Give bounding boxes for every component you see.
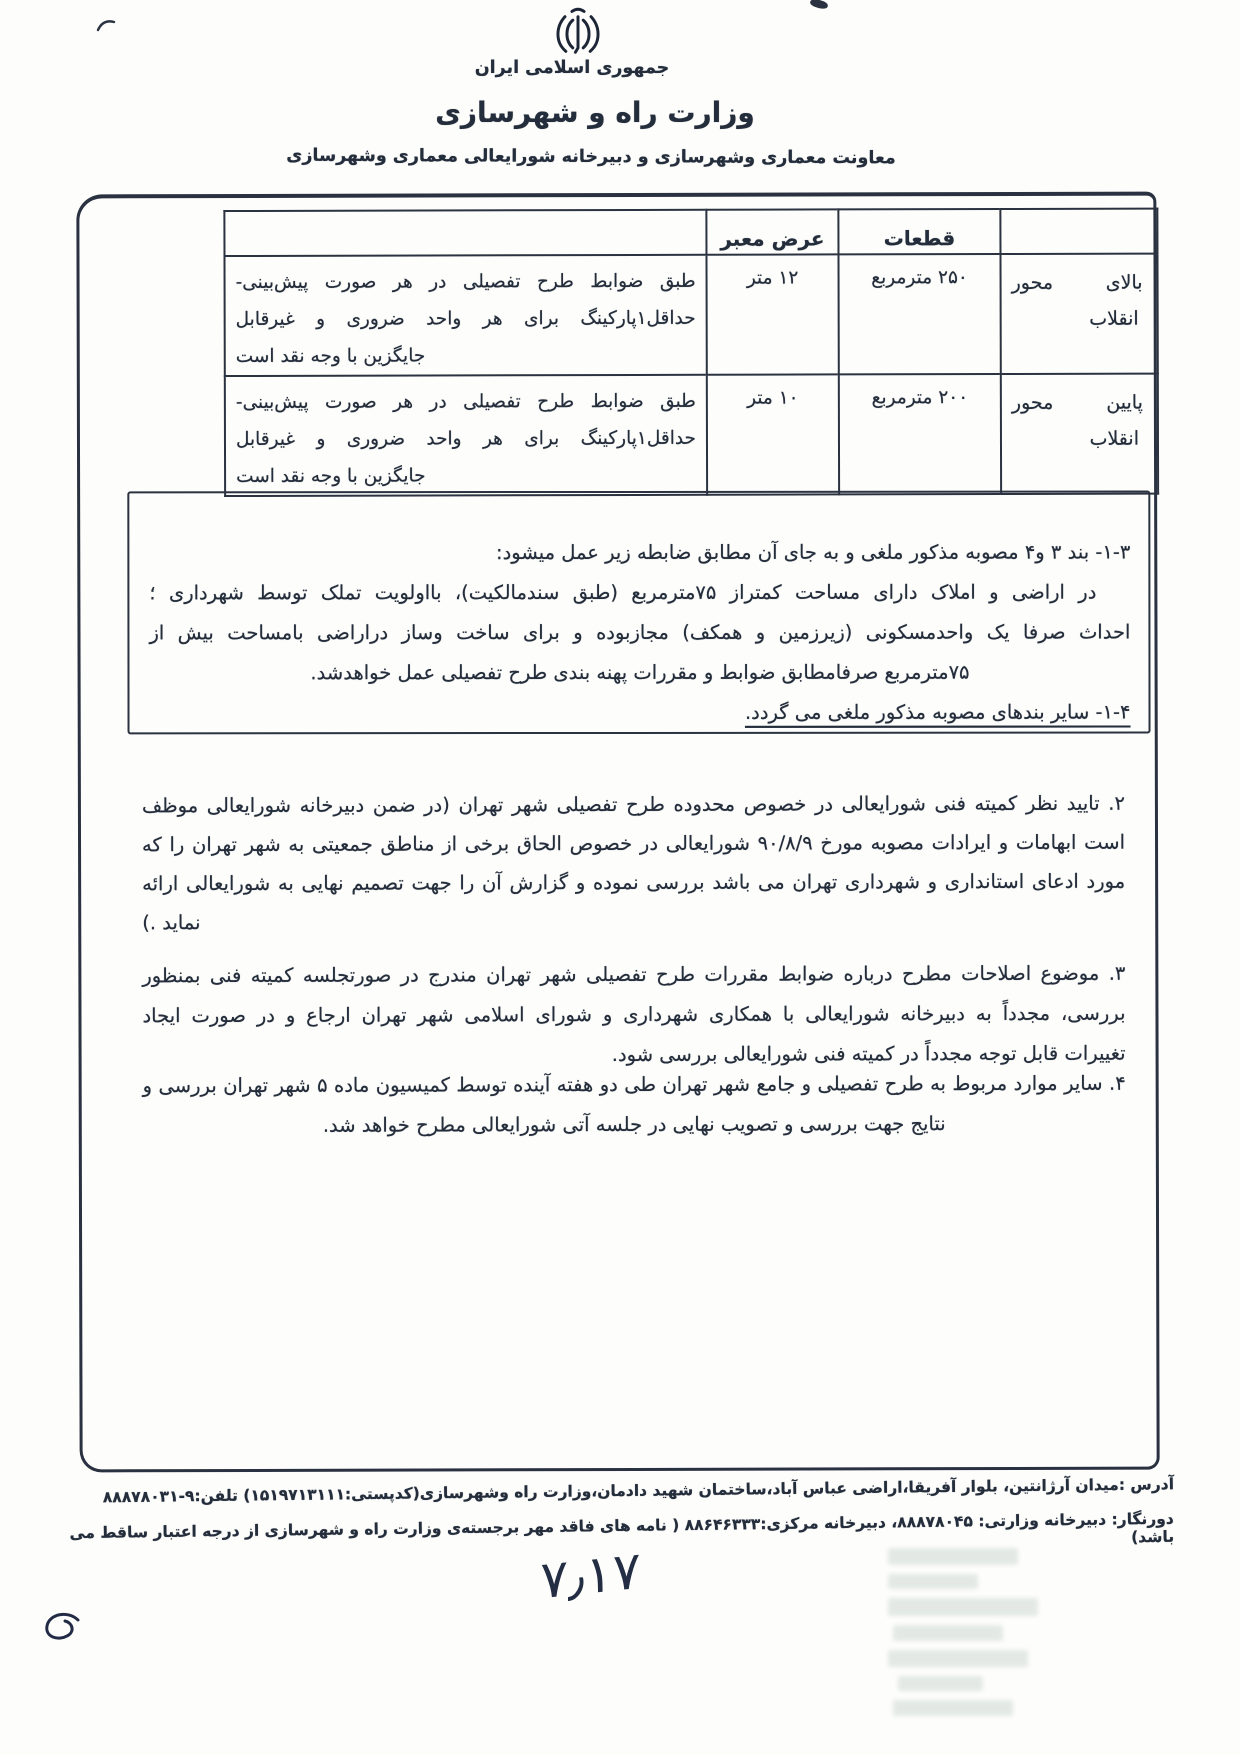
iran-emblem-icon xyxy=(552,6,604,62)
zone-cell: پایین محور انقلاب xyxy=(1001,374,1158,494)
amendment-line-underlined: ۱-۴- سایر بندهای مصوبه مذکور ملغی می گرد… xyxy=(149,693,1130,734)
parcels-cell: ۲۵۰ مترمربع xyxy=(838,254,1000,374)
paragraph-line: است ابهامات و ایرادات مصوبه مورخ ۹۰/۸/۹ … xyxy=(142,823,1125,865)
table-row: پایین محور انقلاب ۲۰۰ مترمربع ۱۰ متر طبق… xyxy=(225,374,1158,496)
criteria-line: حداقل۱پارکینگ برای هر واحد ضروری و غیرقا… xyxy=(236,420,696,458)
zoning-table: قطعات عرض معبر بالای محور انقلاب ۲۵۰ متر… xyxy=(223,208,1159,497)
table-header-row: قطعات عرض معبر xyxy=(224,209,1157,256)
item-4-paragraph: ۴. سایر موارد مربوط به طرح تفصیلی و جامع… xyxy=(143,1064,1126,1147)
criteria-column-header xyxy=(224,210,706,256)
criteria-line: طبق ضوابط طرح تفصیلی در هر صورت پیش‌بینی… xyxy=(236,263,696,301)
department-title: معاونت معماری وشهرسازی و دبیرخانه شورایع… xyxy=(238,145,944,168)
zone-text: پایین محور xyxy=(1012,385,1143,421)
zone-text: انقلاب xyxy=(1012,421,1143,457)
content-border-box: قطعات عرض معبر بالای محور انقلاب ۲۵۰ متر… xyxy=(76,192,1159,1473)
zone-text: انقلاب xyxy=(1012,301,1143,337)
footer-address: آدرس :میدان آرژانتین، بلوار آفریقا،اراضی… xyxy=(64,1475,1174,1507)
paragraph-line: مورد ادعای استانداری و شهرداری تهران می … xyxy=(142,862,1125,904)
handwritten-page-ref: ۷٫۱۷ xyxy=(540,1541,640,1612)
criteria-line: طبق ضوابط طرح تفصیلی در هر صورت پیش‌بینی… xyxy=(236,383,696,421)
paragraph-line: ۲. تایید نظر کمیته فنی شورایعالی در خصوص… xyxy=(142,784,1125,826)
bleed-through-artifact xyxy=(868,1548,1038,1725)
amendment-line: احداث صرفا یک واحدمسکونی (زیرزمین و همکف… xyxy=(149,613,1130,654)
passage-width-cell: ۱۰ متر xyxy=(707,374,839,494)
criteria-line: جایگزین با وجه نقد است xyxy=(236,457,696,495)
zone-text: بالای محور xyxy=(1012,265,1143,301)
criteria-cell: طبق ضوابط طرح تفصیلی در هر صورت پیش‌بینی… xyxy=(225,375,707,496)
ink-speck-top-right xyxy=(809,0,828,10)
criteria-line: حداقل۱پارکینگ برای هر واحد ضروری و غیرقا… xyxy=(236,300,696,338)
parcels-cell: ۲۰۰ مترمربع xyxy=(839,374,1001,494)
passage-width-column-header: عرض معبر xyxy=(706,209,838,254)
zone-column-header xyxy=(1000,209,1157,254)
table-row: بالای محور انقلاب ۲۵۰ مترمربع ۱۲ متر طبق… xyxy=(224,254,1157,376)
ministry-title: وزارت راه و شهرسازی xyxy=(385,96,805,129)
scanned-document-page: جمهوری اسلامی ایران وزارت راه و شهرسازی … xyxy=(0,0,1240,1755)
item-2-paragraph: ۲. تایید نظر کمیته فنی شورایعالی در خصوص… xyxy=(142,784,1125,943)
paragraph-line: بررسی، مجدداً به دبیرخانه شورایعالی با ه… xyxy=(142,994,1125,1037)
pen-mark-top-left xyxy=(94,14,120,38)
criteria-cell: طبق ضوابط طرح تفصیلی در هر صورت پیش‌بینی… xyxy=(224,255,706,376)
passage-width-cell: ۱۲ متر xyxy=(706,254,838,374)
item-3-paragraph: ۳. موضوع اصلاحات مطرح درباره ضوابط مقررا… xyxy=(142,954,1125,1077)
paragraph-line: ۴. سایر موارد مربوط به طرح تفصیلی و جامع… xyxy=(143,1064,1126,1107)
zone-cell: بالای محور انقلاب xyxy=(1000,254,1157,374)
amendment-line: ۱-۳- بند ۳ و۴ مصوبه مذکور ملغی و به جای … xyxy=(149,533,1130,574)
amendment-line: ۷۵مترمربع صرفامطابق ضوابط و مقررات پهنه … xyxy=(149,653,1130,694)
amendment-section-box: ۱-۳- بند ۳ و۴ مصوبه مذکور ملغی و به جای … xyxy=(127,490,1150,734)
handwritten-scribble-mark xyxy=(36,1608,86,1662)
criteria-line: جایگزین با وجه نقد است xyxy=(236,337,696,375)
paragraph-line: ۳. موضوع اصلاحات مطرح درباره ضوابط مقررا… xyxy=(142,954,1125,997)
paragraph-line: نماید .) xyxy=(142,901,1125,943)
country-title: جمهوری اسلامی ایران xyxy=(372,58,772,78)
paragraph-line: نتایج جهت بررسی و تصویب نهایی در جلسه آت… xyxy=(143,1104,1126,1147)
parcels-column-header: قطعات xyxy=(838,209,1000,254)
amendment-line: در اراضی و املاک دارای مساحت کمتراز ۷۵مت… xyxy=(149,573,1130,614)
